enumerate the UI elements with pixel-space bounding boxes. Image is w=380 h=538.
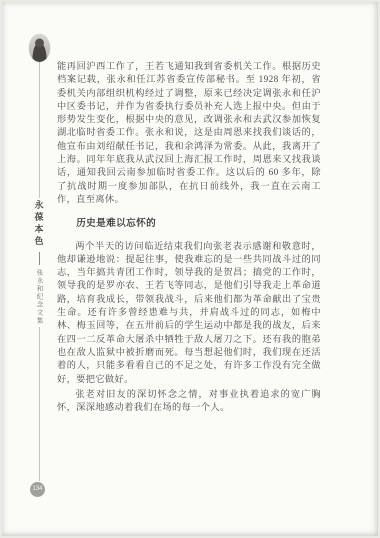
paragraph-interview: 两个半天的访问临近结束我们向张老表示感谢和敬意时，他却谦逊地说：提起往事，使我难…	[57, 240, 321, 386]
paragraph-closing: 张老对旧友的深切怀念之情，对事业执着追求的宽广胸怀，深深地感动着我们在场的每一个…	[57, 388, 321, 415]
paragraph-continuation: 能再回沪西工作了，王若飞通知我到省委机关工作。根据历史档案记载，张永和任江苏省委…	[57, 60, 321, 206]
book-spine-text: 永葆本色 张永和纪念文集	[29, 198, 49, 327]
scanned-book-page: 永葆本色 张永和纪念文集 134 能再回沪西工作了，王若飞通知我到省委机关工作。…	[2, 2, 378, 536]
book-subtitle: 张永和纪念文集	[35, 269, 44, 325]
page-number-badge: 134	[30, 482, 45, 497]
book-title-calligraphy: 永葆本色	[33, 200, 46, 248]
body-text: 能再回沪西工作了，王若飞通知我到省委机关工作。根据历史档案记载，张永和任江苏省委…	[57, 60, 321, 414]
section-heading: 历史是难以忘怀的	[57, 217, 321, 230]
portrait-photo	[29, 34, 50, 62]
spine-dash	[39, 252, 40, 265]
